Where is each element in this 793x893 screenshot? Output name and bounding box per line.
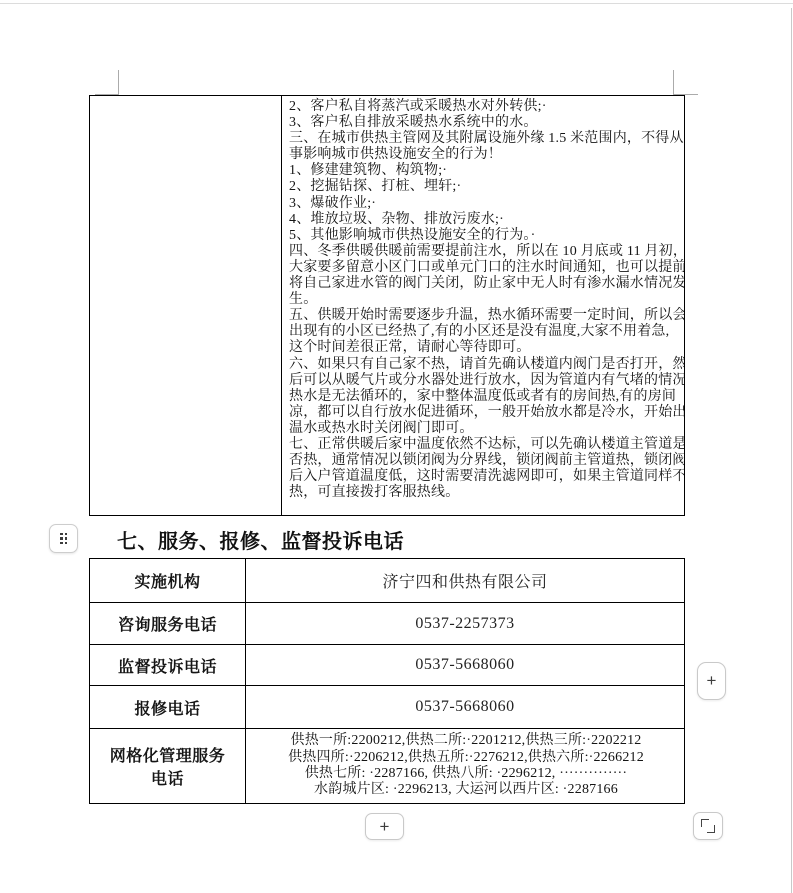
regulations-table-content-cell[interactable]: 2、客户私自将蒸汽或采暖热水对外转供;· 3、客户私自排放采暖热水系统中的水。 … <box>282 96 684 515</box>
regulation-line: 事影响城市供热设施安全的行为！ <box>289 147 679 163</box>
contact-value[interactable]: 0537-2257373 <box>246 603 684 644</box>
table-row: 实施机构 济宁四和供热有限公司 <box>90 559 684 603</box>
regulations-table-label-cell[interactable] <box>90 96 282 515</box>
table-row: 网格化管理服务 电话 供热一所:2200212,供热二所:·2201212,供热… <box>90 729 684 803</box>
margin-mark-top-right-v <box>673 70 674 95</box>
regulation-line: 凉，都可以自行放水促进循环，一般开始放水都是冷水，开始出 <box>289 405 679 421</box>
regulation-line: 5、其他影响城市供热设施安全的行为。· <box>289 228 679 244</box>
regulation-line: 3、客户私自排放采暖热水系统中的水。 <box>289 115 679 131</box>
contact-value[interactable]: 0537-5668060 <box>246 645 684 685</box>
drag-handle-button[interactable] <box>49 524 78 553</box>
contact-value[interactable]: 济宁四和供热有限公司 <box>246 559 684 602</box>
regulation-line: 五、供暖开始时需要逐步升温，热水循环需要一定时间，所以会 <box>289 308 679 324</box>
regulation-line: 2、客户私自将蒸汽或采暖热水对外转供;· <box>289 99 679 115</box>
expand-icon <box>701 819 715 833</box>
regulation-line: 否热，通常情况以锁闭阀为分界线，锁闭阀前主管道热，锁闭阀 <box>289 453 679 469</box>
regulation-line: 4、堆放垃圾、杂物、排放污废水;· <box>289 212 679 228</box>
margin-mark-top-left-v <box>118 70 119 95</box>
regulation-line: 四、冬季供暖供暖前需要提前注水，所以在 10 月底或 11 月初， <box>289 244 679 260</box>
contact-label[interactable]: 报修电话 <box>90 686 246 728</box>
regulation-line: 后可以从暖气片或分水器处进行放水，因为管道内有气堵的情况 <box>289 373 679 389</box>
contact-value[interactable]: 供热一所:2200212,供热二所:·2201212,供热三所:·2202212… <box>246 729 684 803</box>
contact-label[interactable]: 咨询服务电话 <box>90 603 246 644</box>
regulation-line: 大家要多留意小区门口或单元门口的注水时间通知，也可以提前 <box>289 260 679 276</box>
add-column-button[interactable]: + <box>697 662 726 700</box>
regulation-line: 热，可直接拨打客服热线。 <box>289 485 679 501</box>
regulation-line: 2、挖掘钻探、打桩、埋轩;· <box>289 179 679 195</box>
expand-table-button[interactable] <box>693 812 723 840</box>
plus-icon: + <box>707 671 717 691</box>
contact-label[interactable]: 实施机构 <box>90 559 246 602</box>
contact-value-line: 供热四所:·2206212,供热五所:·2276212,供热六所:·226621… <box>288 750 644 766</box>
contact-label[interactable]: 监督投诉电话 <box>90 645 246 685</box>
drag-handle-icon <box>60 533 67 545</box>
add-row-button[interactable]: + <box>365 813 404 840</box>
regulation-line: 出现有的小区已经热了,有的小区还是没有温度,大家不用着急, <box>289 324 679 340</box>
regulation-line: 七、正常供暖后家中温度依然不达标，可以先确认楼道主管道是 <box>289 437 679 453</box>
regulation-line: 1、修建建筑物、构筑物;· <box>289 163 679 179</box>
top-divider-line <box>0 3 793 4</box>
contact-label-line: 网格化管理服务 <box>110 743 226 766</box>
table-row: 报修电话 0537-5668060 <box>90 686 684 729</box>
contact-label[interactable]: 网格化管理服务 电话 <box>90 729 246 803</box>
regulation-line: 将自己家进水管的阀门关闭，防止家中无人时有渗水漏水情况发 <box>289 276 679 292</box>
document-page: 2、客户私自将蒸汽或采暖热水对外转供;· 3、客户私自排放采暖热水系统中的水。 … <box>0 0 793 893</box>
regulation-line: 三、在城市供热主管网及其附属设施外缘 1.5 米范围内，不得从 <box>289 131 679 147</box>
table-row: 咨询服务电话 0537-2257373 <box>90 603 684 645</box>
contact-value-line: 水韵城片区: ·2296213, 大运河以西片区: ·2287166 <box>314 782 618 798</box>
regulation-line: 热水是无法循环的，家中整体温度低或者有的房间热,有的房间 <box>289 389 679 405</box>
regulation-line: 温水或热水时关闭阀门即可。 <box>289 421 679 437</box>
regulation-line: 六、如果只有自己家不热，请首先确认楼道内阀门是否打开，然 <box>289 357 679 373</box>
plus-icon: + <box>380 817 390 837</box>
section-heading: 七、服务、报修、监督投诉电话 <box>117 525 404 554</box>
page-edge-line <box>791 8 792 893</box>
contact-table: 实施机构 济宁四和供热有限公司 咨询服务电话 0537-2257373 监督投诉… <box>89 558 685 804</box>
regulation-line: 这个时间差很正常，请耐心等待即可。 <box>289 340 679 356</box>
contact-value-line: 供热一所:2200212,供热二所:·2201212,供热三所:·2202212 <box>291 733 642 749</box>
regulation-line: 生。 <box>289 292 679 308</box>
contact-value[interactable]: 0537-5668060 <box>246 686 684 728</box>
contact-value-line: 供热七所: ·2287166, 供热八所: ·2296212, ········… <box>305 766 628 782</box>
regulation-line: 后入户管道温度低，这时需要清洗滤网即可，如果主管道同样不 <box>289 469 679 485</box>
table-row: 监督投诉电话 0537-5668060 <box>90 645 684 686</box>
regulations-table: 2、客户私自将蒸汽或采暖热水对外转供;· 3、客户私自排放采暖热水系统中的水。 … <box>89 95 685 516</box>
regulation-line: 3、爆破作业;· <box>289 196 679 212</box>
contact-label-line: 电话 <box>151 766 184 789</box>
